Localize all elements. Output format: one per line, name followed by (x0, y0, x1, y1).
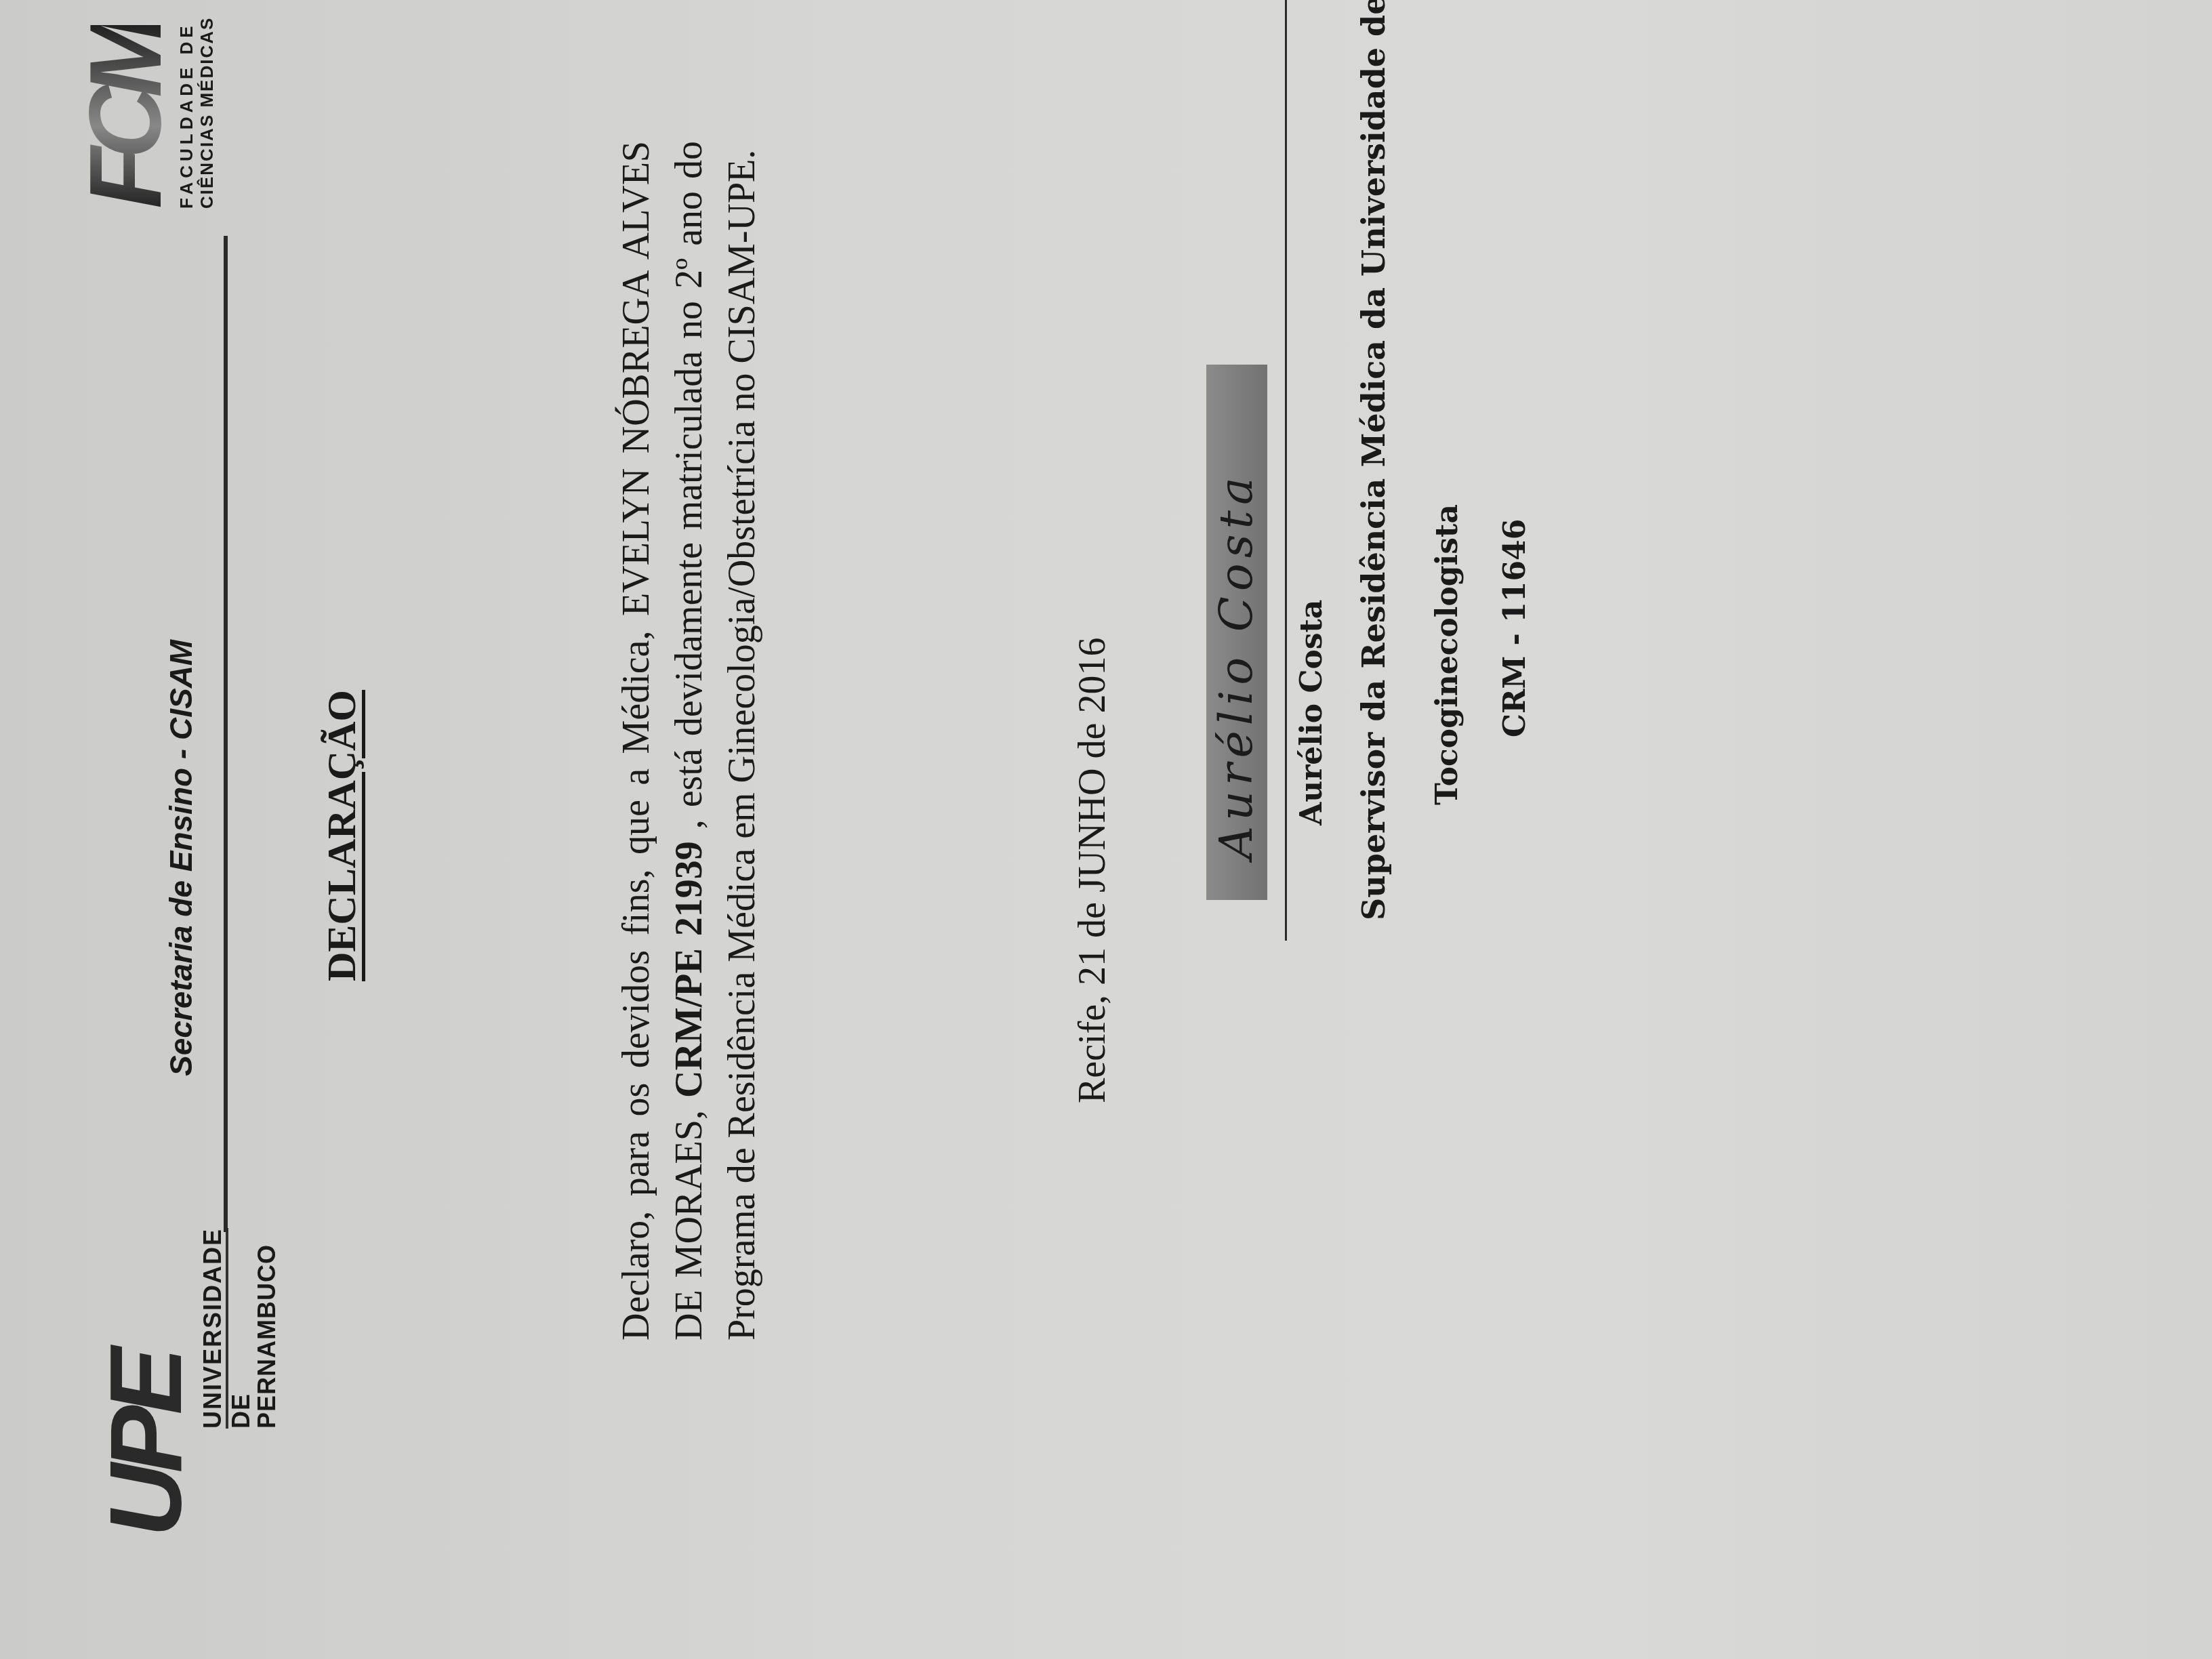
declaration-body: Declaro, para os devidos fins, que a Méd… (610, 141, 769, 1340)
fcm-line2: CIÊNCIAS MÉDICAS (197, 17, 217, 209)
header-divider (224, 236, 228, 1232)
signer-crm: CRM - 11646 (1498, 519, 1532, 737)
upe-line2: DE PERNAMBUCO (228, 1228, 280, 1429)
upe-line1: UNIVERSIDADE (200, 1228, 228, 1429)
document-page: UPE UNIVERSIDADE DE PERNAMBUCO Secretari… (0, 0, 2212, 1659)
handwritten-signature: Aurélio Costa (1206, 472, 1267, 859)
signer-role: Supervisor da Residência Médica da Unive… (1355, 0, 1392, 920)
document-title: DECLARAÇÃO (319, 690, 365, 981)
upe-logo-mark: UPE (95, 1357, 197, 1537)
upe-logo: UPE UNIVERSIDADE DE PERNAMBUCO (95, 1239, 264, 1537)
signer-name: Aurélio Costa (1294, 600, 1329, 825)
signer-specialty: Tocoginecologista (1430, 504, 1465, 805)
fcm-logo: FCM FACULDADE DE CIÊNCIAS MÉDICAS (75, 0, 237, 209)
fcm-logo-mark: FCM (75, 25, 176, 209)
place-date: Recife, 21 de JUNHO de 2016 (1071, 638, 1114, 1103)
header-title: Secretaria de Ensino - CISAM (163, 640, 199, 1076)
fcm-line1: FACULDADE DE (176, 17, 197, 209)
upe-logo-text: UNIVERSIDADE DE PERNAMBUCO (200, 1228, 280, 1429)
fcm-logo-text: FACULDADE DE CIÊNCIAS MÉDICAS (176, 17, 217, 209)
signature-line (1285, 0, 1287, 941)
crm-number: CRM/PE 21939 (668, 841, 710, 1098)
upe-logo-letters: UPE (89, 1357, 203, 1537)
signature-image: Aurélio Costa (1206, 365, 1267, 900)
